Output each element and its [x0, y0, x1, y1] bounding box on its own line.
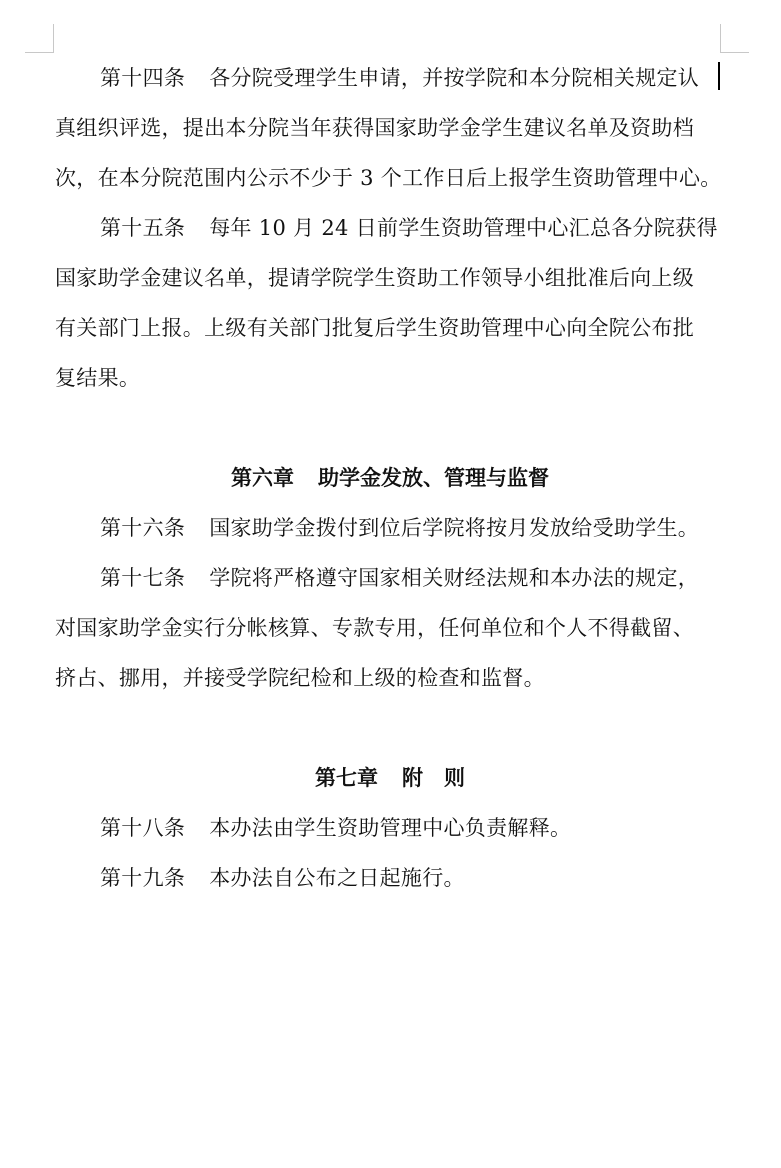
article-14-line-3: 次，在本分院范围内公示不少于 3 个工作日后上报学生资助管理中心。 [55, 153, 725, 203]
article-15-line-4: 复结果。 [55, 353, 725, 403]
article-number: 第十四条 [100, 66, 185, 90]
article-number: 第十八条 [100, 816, 185, 840]
article-14-line-1: 第十四条各分院受理学生申请，并按学院和本分院相关规定认 [55, 53, 725, 103]
article-number: 第十九条 [100, 866, 185, 890]
article-number: 第十五条 [100, 216, 185, 240]
chapter-number: 第六章 [231, 465, 294, 490]
article-15[interactable]: 第十五条每年 10 月 24 日前学生资助管理中心汇总各分院获得 国家助学金建议… [55, 203, 725, 403]
chapter-number: 第七章 [315, 765, 378, 790]
chapter-title: 附 则 [402, 765, 465, 790]
article-17-line-1: 第十七条学院将严格遵守国家相关财经法规和本办法的规定， [55, 553, 725, 603]
chapter-7-heading: 第七章附 则 [55, 753, 725, 803]
article-18[interactable]: 第十八条本办法由学生资助管理中心负责解释。 [55, 803, 725, 853]
article-14-line-2: 真组织评选，提出本分院当年获得国家助学金学生建议名单及资助档 [55, 103, 725, 153]
page-corner-mark-top-right [720, 24, 749, 53]
article-15-line-1: 第十五条每年 10 月 24 日前学生资助管理中心汇总各分院获得 [55, 203, 725, 253]
page-corner-mark-top-left [25, 24, 54, 53]
text-cursor [718, 62, 720, 90]
document-page-body[interactable]: 第十四条各分院受理学生申请，并按学院和本分院相关规定认 真组织评选，提出本分院当… [55, 53, 725, 903]
article-15-line-3: 有关部门上报。上级有关部门批复后学生资助管理中心向全院公布批 [55, 303, 725, 353]
article-15-line-2: 国家助学金建议名单，提请学院学生资助工作领导小组批准后向上级 [55, 253, 725, 303]
article-14[interactable]: 第十四条各分院受理学生申请，并按学院和本分院相关规定认 真组织评选，提出本分院当… [55, 53, 725, 203]
article-number: 第十七条 [100, 566, 185, 590]
article-19-line-1: 第十九条本办法自公布之日起施行。 [55, 853, 725, 903]
article-number: 第十六条 [100, 516, 185, 540]
chapter-title: 助学金发放、管理与监督 [318, 465, 549, 490]
article-16[interactable]: 第十六条国家助学金拨付到位后学院将按月发放给受助学生。 [55, 503, 725, 553]
article-19[interactable]: 第十九条本办法自公布之日起施行。 [55, 853, 725, 903]
article-17-line-3: 挤占、挪用，并接受学院纪检和上级的检查和监督。 [55, 653, 725, 703]
article-17-line-2: 对国家助学金实行分帐核算、专款专用，任何单位和个人不得截留、 [55, 603, 725, 653]
article-17[interactable]: 第十七条学院将严格遵守国家相关财经法规和本办法的规定， 对国家助学金实行分帐核算… [55, 553, 725, 703]
blank-line [55, 403, 725, 453]
article-18-line-1: 第十八条本办法由学生资助管理中心负责解释。 [55, 803, 725, 853]
chapter-6-heading: 第六章助学金发放、管理与监督 [55, 453, 725, 503]
article-16-line-1: 第十六条国家助学金拨付到位后学院将按月发放给受助学生。 [55, 503, 725, 553]
blank-line [55, 703, 725, 753]
